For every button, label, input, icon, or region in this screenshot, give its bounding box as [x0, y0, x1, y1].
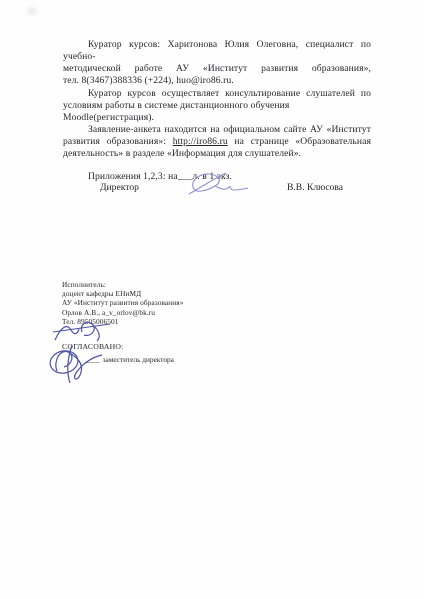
approval-line: ____заместитель директора: [85, 355, 174, 364]
url-link: http://iro86.ru: [173, 136, 228, 147]
signature-stroke: [215, 186, 248, 190]
signature-stroke: [81, 322, 94, 335]
paragraph-line: Куратор курсов осуществляет консультиров…: [63, 88, 371, 100]
deputy-director-title: заместитель директора: [103, 355, 174, 364]
signature-stroke: [48, 348, 80, 375]
signature-blank: ____: [85, 355, 100, 364]
executor-signature: [52, 315, 114, 343]
paragraph-line: Куратор курсов: Харитонова Юлия Олеговна…: [63, 39, 371, 63]
director-signature: [186, 168, 250, 198]
scan-artifact: [24, 5, 40, 17]
signature-stroke: [189, 173, 226, 194]
signature-stroke: [193, 174, 220, 191]
director-name: В.В. Клюсова: [287, 182, 343, 193]
paragraph-line: методической работе АУ «Институт развити…: [63, 63, 371, 75]
paragraph-line: деятельность» в разделе «Информация для …: [63, 148, 371, 160]
paragraph-text: развития образования»:: [63, 136, 173, 147]
deputy-director-signature: [47, 344, 107, 384]
executor-organization: АУ «Институт развития образования»: [62, 298, 183, 307]
paragraph-line: Заявление-анкета находится на официально…: [63, 124, 371, 136]
paragraph-line: тел. 8(3467)388336 (+224), huo@iro86.ru.: [63, 75, 371, 87]
scanned-document-page: Куратор курсов: Харитонова Юлия Олеговна…: [0, 0, 424, 599]
paragraph-line: условиям работы в системе дистанционного…: [63, 100, 371, 124]
document-body: Куратор курсов: Харитонова Юлия Олеговна…: [63, 39, 371, 183]
director-title: Директор: [100, 182, 139, 193]
executor-title: Исполнитель:: [62, 280, 183, 289]
paragraph-text: на странице «Образовательная: [228, 136, 371, 147]
paragraph-line: развития образования»: http://iro86.ru н…: [63, 136, 371, 148]
executor-position: доцент кафедры ЕНиМД: [62, 289, 183, 298]
